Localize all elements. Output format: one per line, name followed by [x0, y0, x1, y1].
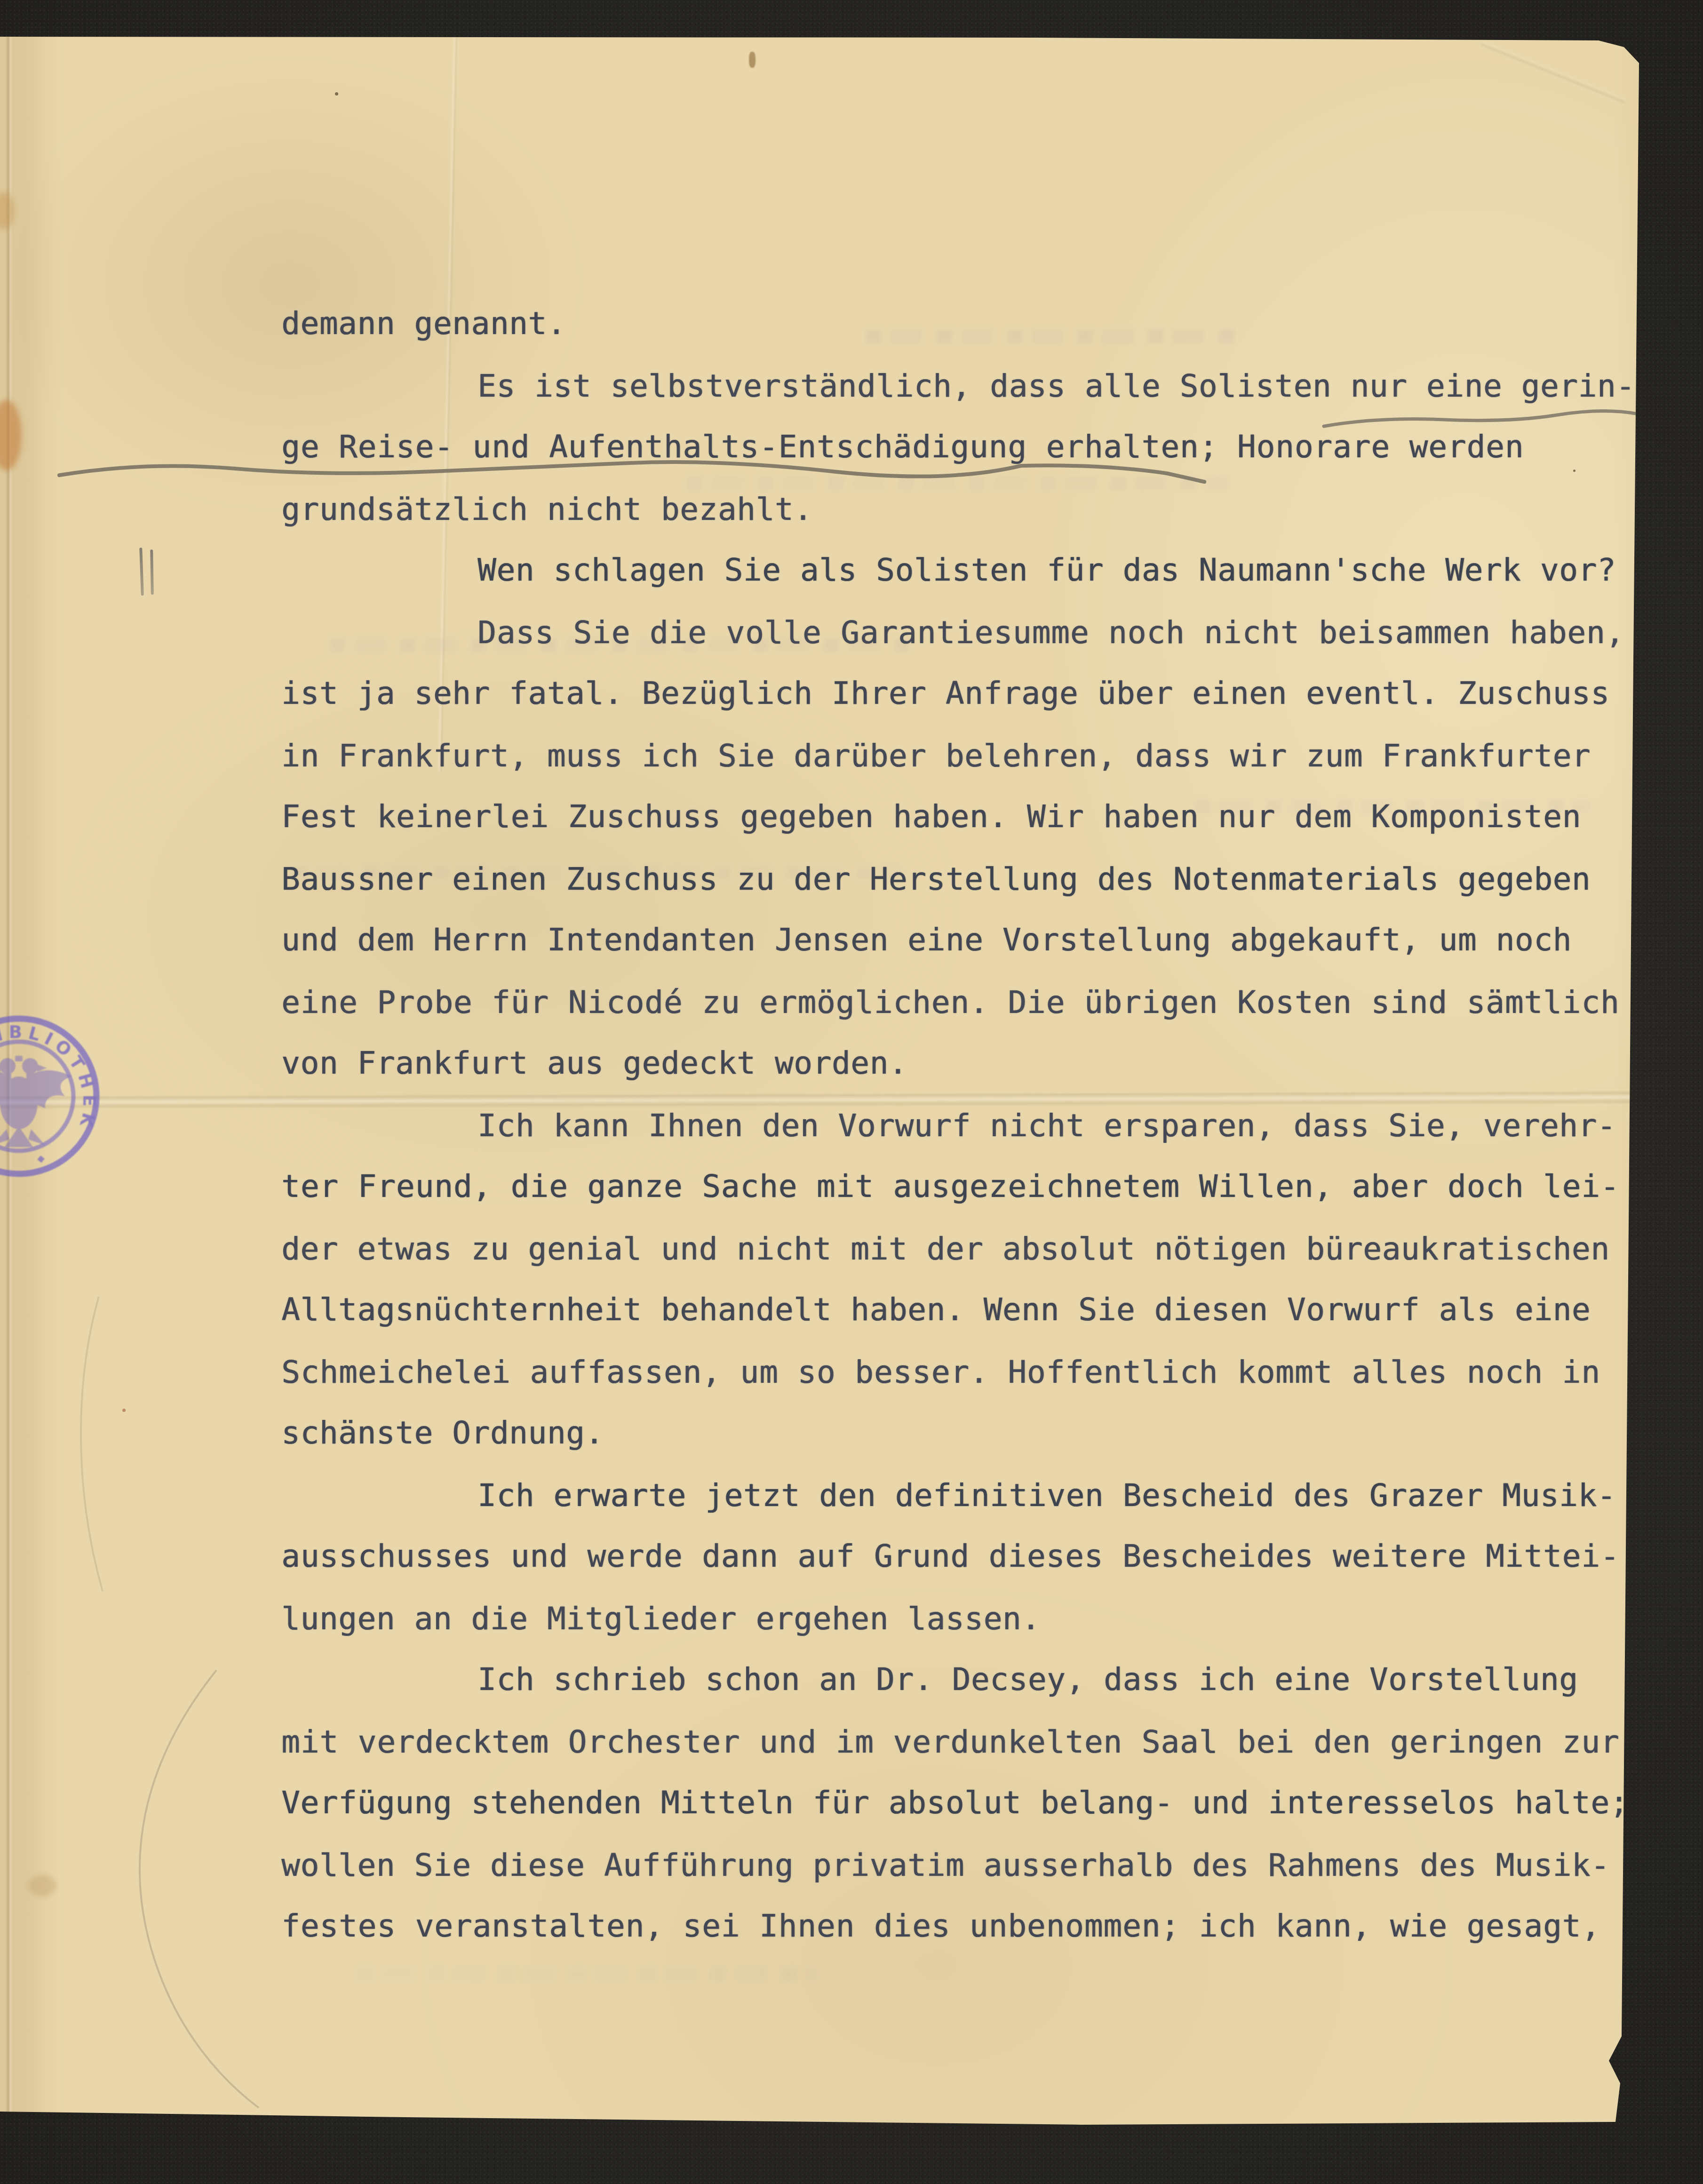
letter-line: ist ja sehr fatal. Bezüglich Ihrer Anfra… [281, 674, 1609, 713]
pencil-underline [1322, 407, 1642, 431]
pencil-arc-mark [66, 1661, 310, 2122]
paper-speck [335, 92, 338, 96]
letter-line: wollen Sie diese Aufführung privatim aus… [281, 1846, 1609, 1885]
letter-line: Alltagsnüchternheit behandelt haben. Wen… [281, 1290, 1591, 1330]
letter-line: ter Freund, die ganze Sache mit ausgezei… [281, 1167, 1619, 1206]
paper-stain [749, 52, 756, 68]
paper-speck [1573, 470, 1576, 472]
letter-line: Wen schlagen Sie als Solisten für das Na… [477, 550, 1616, 590]
pencil-arc-mark [66, 1294, 132, 1595]
letter-line: Fest keinerlei Zuschuss gegeben haben. W… [281, 797, 1581, 837]
vertical-crease [438, 38, 458, 772]
pencil-underline-wavy [56, 453, 1233, 490]
letter-line: demann genannt. [281, 304, 566, 343]
letter-line: eine Probe für Nicodé zu ermöglichen. Di… [281, 983, 1619, 1022]
corner-crease [1480, 41, 1626, 103]
letter-line: Dass Sie die volle Garantiesumme noch ni… [477, 613, 1624, 653]
bleedthrough-smudge [865, 329, 1242, 343]
letter-line: und dem Herrn Intendanten Jensen eine Vo… [281, 920, 1572, 960]
pencil-margin-mark [140, 548, 159, 599]
letter-line: schänste Ordnung. [281, 1413, 604, 1453]
library-stamp: DTBIBLIOTHEK 3 [0, 1011, 104, 1182]
letter-line: mit verdecktem Orchester und im verdunke… [281, 1722, 1619, 1762]
letter-line: Ich kann Ihnen den Vorwurf nicht erspare… [477, 1106, 1616, 1146]
letter-page: demann genannt.Es ist selbstverständlich… [0, 0, 1703, 2184]
letter-line: Baussner einen Zuschuss zu der Herstellu… [281, 860, 1591, 899]
rust-stain [0, 400, 22, 470]
bleedthrough-smudge [357, 1967, 819, 1981]
letter-line: Ich erwarte jetzt den definitiven Besche… [477, 1476, 1616, 1515]
letter-line: ausschusses und werde dann auf Grund die… [281, 1537, 1619, 1576]
letter-line: Verfügung stehenden Mitteln für absolut … [281, 1783, 1629, 1823]
letter-line: lungen an die Mitglieder ergehen lassen. [281, 1599, 1040, 1639]
letter-line: von Frankfurt aus gedeckt worden. [281, 1044, 907, 1083]
letter-line: in Frankfurt, muss ich Sie darüber beleh… [281, 736, 1591, 776]
letter-line: grundsätzlich nicht bezahlt. [281, 490, 812, 529]
letter-line: Es ist selbstverständlich, dass alle Sol… [477, 367, 1635, 406]
letter-line: der etwas zu genial und nicht mit der ab… [281, 1229, 1609, 1269]
letter-line: Schmeichelei auffassen, um so besser. Ho… [281, 1353, 1600, 1392]
letter-line: festes veranstalten, sei Ihnen dies unbe… [281, 1906, 1600, 1946]
paper-stain [28, 1875, 56, 1897]
letter-line: Ich schrieb schon an Dr. Decsey, dass ic… [477, 1660, 1578, 1699]
